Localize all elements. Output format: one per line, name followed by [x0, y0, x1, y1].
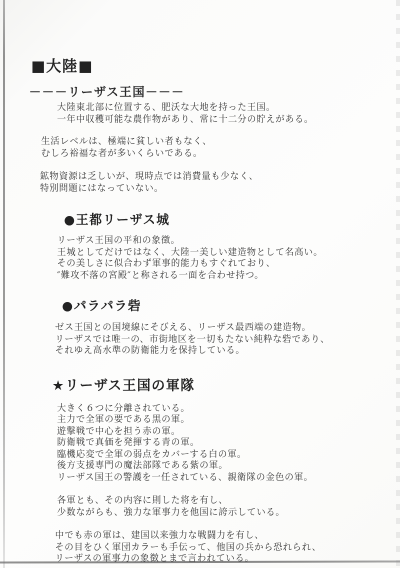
intro-paragraph-3: 鉱物資源は乏しいが、現時点では消費量も少なく、 特別問題にはなっていない。 — [40, 172, 400, 195]
fort-section-heading: ●パラパラ砦 — [62, 296, 400, 314]
text-line: それゆえ高水準の防衛能力を保持している。 — [55, 346, 400, 358]
text-line: 少数ながらも、強力な軍事力を他国に誇示している。 — [57, 508, 400, 520]
army-section-heading: ★リーザス王国の軍隊 — [52, 374, 400, 394]
castle-paragraph: リーザス王国の平和の象徴。 王城としてだけではなく、大陸一美しい建造物として名高… — [57, 236, 400, 282]
text-line: リーザス王国の平和の象徴。 — [57, 236, 400, 248]
castle-section-heading: ●王都リーザス城 — [64, 210, 400, 228]
document-content: ■大陸■ －－－リーザス王国－－－ 大陸東北部に位置する、肥沃な大地を持った王国… — [0, 0, 400, 566]
text-line: 大陸東北部に位置する、肥沃な大地を持った王国。 — [57, 103, 400, 115]
fort-paragraph: ゼス王国との国境線にそびえる、リーザス最西端の建造物。 リーザスでは唯一の、市街… — [55, 323, 400, 358]
text-line: むしろ裕福な者が多いくらいである。 — [41, 149, 400, 161]
text-line: 主力で全軍の要である黒の軍。 — [57, 415, 400, 427]
army-paragraph-1: 大きく６つに分離されている。 主力で全軍の要である黒の軍。 遊撃戦で中心を担う赤… — [57, 404, 400, 485]
text-line: その美しさに似合わず軍事的能力もすぐれており、 — [57, 259, 400, 271]
text-line: 臨機応変で全軍の弱点をカバーする白の軍。 — [57, 450, 400, 462]
text-line: 生活レベルは、極端に貧しい者もなく、 — [41, 137, 400, 149]
text-line: 防衛戦で真価を発揮する青の軍。 — [57, 438, 400, 450]
page-title: ■大陸■ — [31, 55, 400, 76]
intro-paragraph-1: 大陸東北部に位置する、肥沃な大地を持った王国。 一年中収穫可能な農作物があり、常… — [57, 103, 400, 126]
text-line: 一年中収穫可能な農作物があり、常に十二分の貯えがある。 — [57, 115, 400, 127]
intro-paragraph-2: 生活レベルは、極端に貧しい者もなく、 むしろ裕福な者が多いくらいである。 — [41, 137, 400, 160]
text-line: 各軍とも、その内容に則した将を有し、 — [57, 496, 400, 508]
army-paragraph-3: 中でも赤の軍は、建国以来強力な戦闘力を有し、 その目をひく軍団カラーも手伝って、… — [55, 531, 400, 566]
text-line: 鉱物資源は乏しいが、現時点では消費量も少なく、 — [40, 172, 400, 184]
text-line: 大きく６つに分離されている。 — [57, 404, 400, 416]
text-line: 中でも赤の軍は、建国以来強力な戦闘力を有し、 — [55, 531, 400, 543]
kingdom-header: －－－リーザス王国－－－ — [29, 83, 400, 100]
text-line: その目をひく軍団カラーも手伝って、他国の兵から恐れられ、 — [55, 543, 400, 555]
text-line: 後方支援専門の魔法部隊である紫の軍。 — [57, 461, 400, 473]
text-line: リーザスの軍事力の象徴とまで言われている。 — [55, 554, 400, 566]
text-line: ″難攻不落の宮殿″と称される一面を合わせ持つ。 — [57, 271, 400, 283]
army-paragraph-2: 各軍とも、その内容に則した将を有し、 少数ながらも、強力な軍事力を他国に誇示して… — [57, 496, 400, 519]
scanned-page: ■大陸■ －－－リーザス王国－－－ 大陸東北部に位置する、肥沃な大地を持った王国… — [0, 0, 400, 568]
text-line: 遊撃戦で中心を担う赤の軍。 — [57, 427, 400, 439]
text-line: 特別問題にはなっていない。 — [40, 184, 400, 196]
text-line: 王城としてだけではなく、大陸一美しい建造物として名高い。 — [57, 248, 400, 260]
text-line: リーザス国王の警護を一任されている、親衛隊の金色の軍。 — [57, 473, 400, 485]
text-line: ゼス王国との国境線にそびえる、リーザス最西端の建造物。 — [55, 323, 400, 335]
text-line: リーザスでは唯一の、市街地区を一切もたない純粋な砦であり、 — [55, 335, 400, 347]
